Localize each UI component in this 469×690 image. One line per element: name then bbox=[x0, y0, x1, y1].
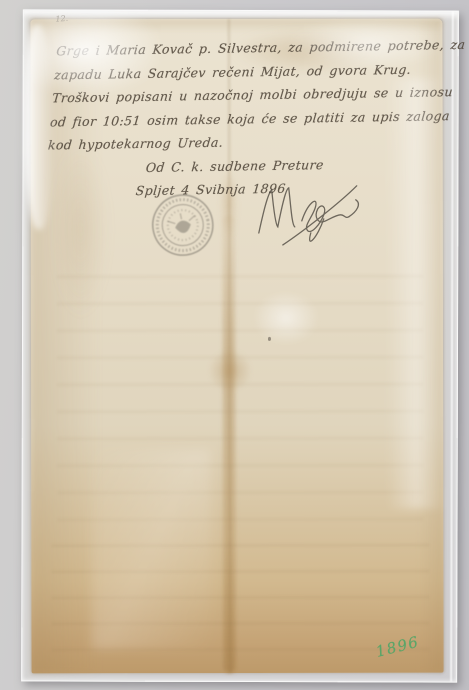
photo-of-document: Grge i Maria Kovač p. Silvestra, za podm… bbox=[0, 0, 469, 690]
plastic-glare bbox=[91, 449, 211, 649]
handwritten-signature bbox=[252, 181, 368, 251]
stamp-eagle-emblem bbox=[174, 219, 192, 235]
official-round-ink-stamp bbox=[142, 185, 223, 266]
plastic-glare bbox=[280, 15, 450, 73]
sleeve-right-edge-highlight bbox=[450, 12, 454, 682]
plastic-sleeve: Grge i Maria Kovač p. Silvestra, za podm… bbox=[21, 9, 459, 682]
aged-document-page: Grge i Maria Kovač p. Silvestra, za podm… bbox=[30, 19, 443, 674]
plastic-glare bbox=[253, 291, 319, 345]
plastic-glare bbox=[387, 79, 446, 509]
